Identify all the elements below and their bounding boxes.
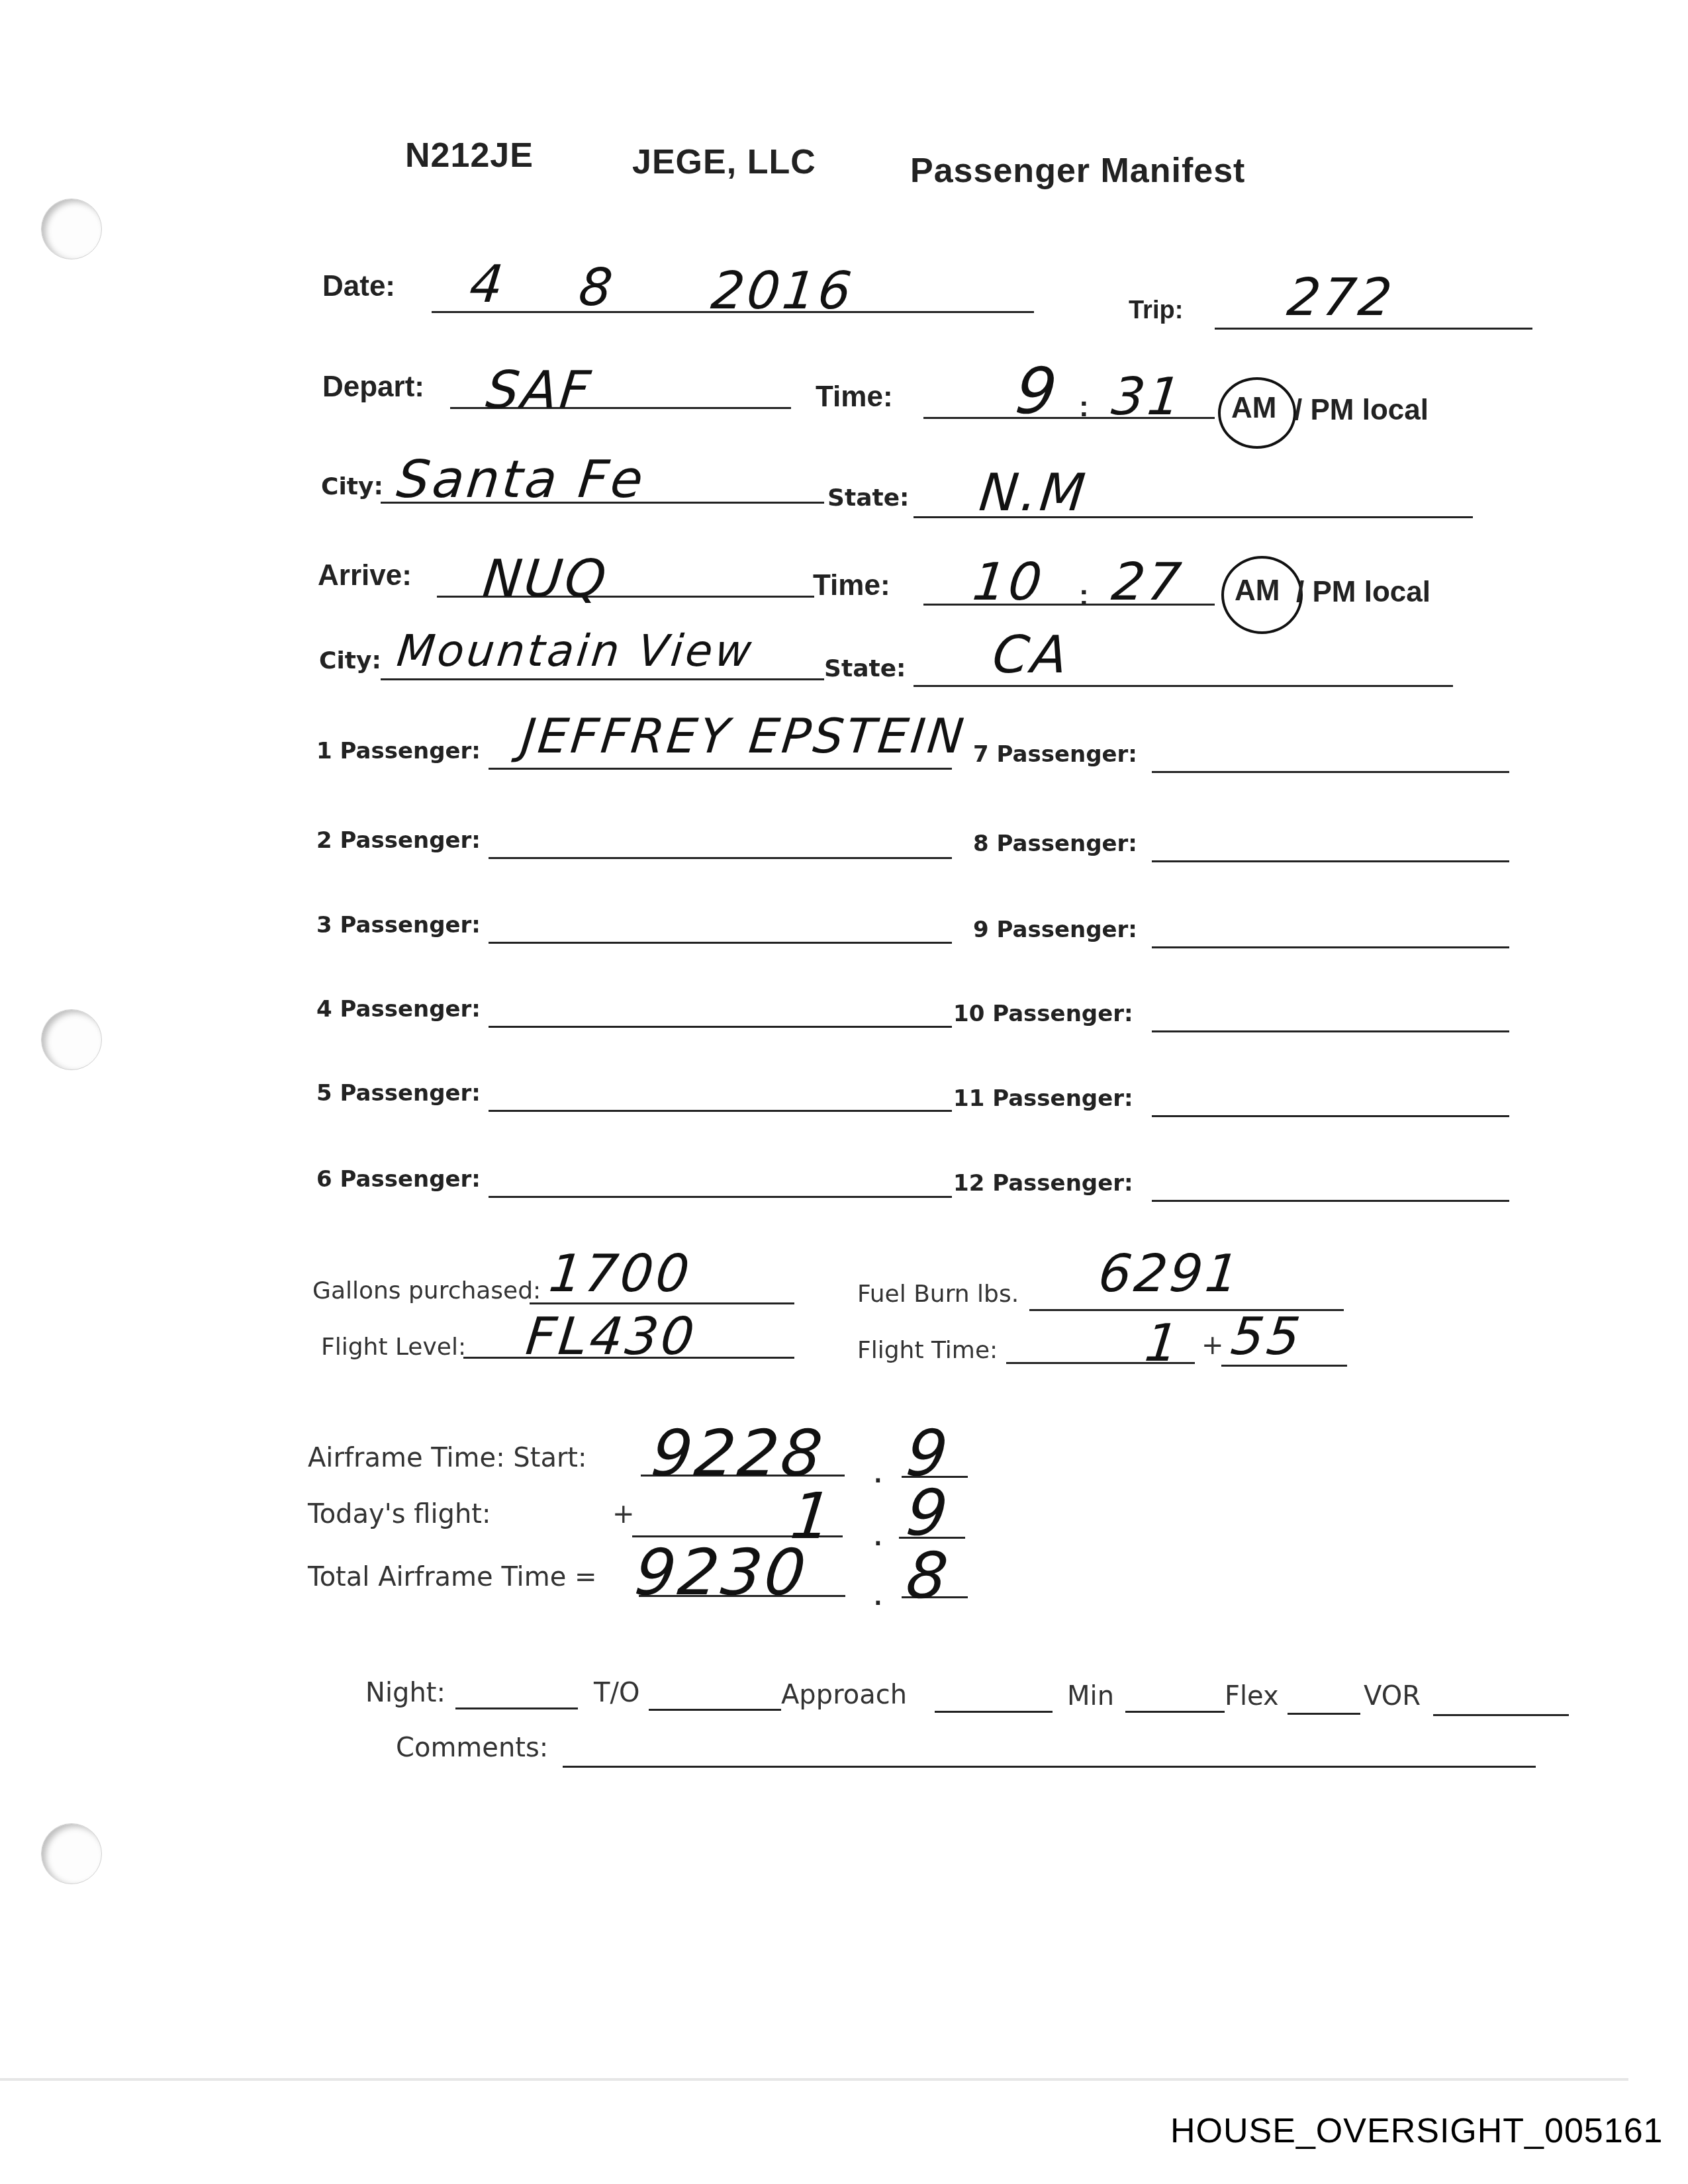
passenger-label: 6 Passenger: xyxy=(316,1166,481,1193)
passenger-underline xyxy=(1152,771,1509,773)
gallons-label: Gallons purchased: xyxy=(312,1277,541,1304)
depart-airport-value[interactable]: SAF xyxy=(483,361,595,420)
flight-time-label: Flight Time: xyxy=(857,1337,998,1364)
depart-label: Depart: xyxy=(322,371,424,404)
passenger-label: 1 Passenger: xyxy=(316,738,481,764)
punch-hole-top xyxy=(41,199,102,259)
depart-state-label: State: xyxy=(827,484,909,512)
arrive-pm-option[interactable]: / PM local xyxy=(1296,576,1430,609)
date-day-value[interactable]: 8 xyxy=(576,258,618,318)
decimal-point: . xyxy=(872,1446,884,1492)
min-label: Min xyxy=(1067,1681,1114,1711)
depart-minute-value[interactable]: 31 xyxy=(1109,367,1186,427)
depart-state-value[interactable]: N.M xyxy=(976,463,1090,523)
passenger-underline xyxy=(489,1110,952,1112)
trip-label: Trip: xyxy=(1129,296,1183,325)
arrive-am-option[interactable]: AM xyxy=(1235,574,1280,608)
passenger-underline xyxy=(489,857,952,859)
passenger-label: 4 Passenger: xyxy=(316,996,481,1023)
airframe-start-label: Airframe Time: Start: xyxy=(308,1443,587,1473)
passenger-label: 9 Passenger: xyxy=(973,917,1137,943)
todays-flight-label: Today's flight: xyxy=(308,1499,491,1529)
bates-number: HOUSE_OVERSIGHT_005161 xyxy=(1170,2111,1664,2151)
passenger-underline xyxy=(1152,1030,1509,1032)
flight-level-label: Flight Level: xyxy=(321,1334,466,1361)
depart-time-label: Time: xyxy=(816,381,893,414)
passenger-underline xyxy=(1152,1115,1509,1117)
fuel-burn-label: Fuel Burn lbs. xyxy=(857,1281,1019,1308)
passenger-label: 10 Passenger: xyxy=(953,1001,1133,1027)
to-label: T/O xyxy=(594,1678,639,1708)
passenger-label: 8 Passenger: xyxy=(973,831,1137,857)
plus-sign: + xyxy=(612,1499,635,1529)
depart-hour-value[interactable]: 9 xyxy=(1012,354,1063,428)
passenger-label: 5 Passenger: xyxy=(316,1080,481,1107)
arrive-hour-value[interactable]: 10 xyxy=(970,553,1047,612)
gallons-value[interactable]: 1700 xyxy=(546,1244,694,1304)
passenger-label: 2 Passenger: xyxy=(316,827,481,854)
date-year-value[interactable]: 2016 xyxy=(708,261,857,321)
approach-label: Approach xyxy=(781,1680,907,1710)
depart-am-option[interactable]: AM xyxy=(1231,392,1276,425)
flight-time-minutes-value[interactable]: 55 xyxy=(1228,1307,1305,1367)
arrive-city-label: City: xyxy=(319,647,381,674)
trip-number-value[interactable]: 272 xyxy=(1284,268,1397,328)
total-airframe-label: Total Airframe Time = xyxy=(308,1562,597,1592)
depart-city-value[interactable]: Santa Fe xyxy=(394,450,648,510)
decimal-point: . xyxy=(872,1569,884,1614)
flight-time-hours-value[interactable]: 1 xyxy=(1142,1314,1184,1373)
passenger-underline xyxy=(489,768,952,770)
arrive-airport-value[interactable]: NUQ xyxy=(480,549,611,609)
passenger-label: 7 Passenger: xyxy=(973,741,1137,768)
passenger-underline xyxy=(489,1026,952,1028)
arrive-city-value[interactable]: Mountain View xyxy=(395,625,757,676)
arrive-time-label: Time: xyxy=(813,569,890,602)
passenger-underline xyxy=(1152,1200,1509,1202)
punch-hole-bottom xyxy=(41,1823,102,1884)
page-edge xyxy=(0,2078,1628,2081)
form-title: Passenger Manifest xyxy=(910,151,1245,191)
date-month-value[interactable]: 4 xyxy=(467,255,508,314)
arrive-label: Arrive: xyxy=(318,559,412,592)
night-label: Night: xyxy=(365,1678,445,1708)
fuel-burn-value[interactable]: 6291 xyxy=(1096,1244,1244,1304)
date-label: Date: xyxy=(322,270,395,303)
passenger-underline xyxy=(489,1196,952,1198)
vor-label: VOR xyxy=(1364,1681,1421,1711)
time-colon: : xyxy=(1079,579,1089,612)
time-colon: : xyxy=(1079,390,1089,424)
depart-pm-option[interactable]: / PM local xyxy=(1294,394,1429,427)
passenger-name-field[interactable]: JEFFREY EPSTEIN xyxy=(519,708,969,764)
flight-level-value[interactable]: FL430 xyxy=(523,1307,700,1367)
passenger-underline xyxy=(1152,860,1509,862)
passenger-label: 11 Passenger: xyxy=(953,1085,1133,1112)
passenger-label: 12 Passenger: xyxy=(953,1170,1133,1197)
arrive-state-value[interactable]: CA xyxy=(990,625,1072,685)
passenger-label: 3 Passenger: xyxy=(316,912,481,938)
passenger-underline xyxy=(1152,946,1509,948)
comments-label: Comments: xyxy=(396,1733,548,1763)
flex-label: Flex xyxy=(1225,1681,1279,1711)
tail-number: N212JE xyxy=(405,136,534,175)
total-airframe-tenth-value[interactable]: 8 xyxy=(903,1539,954,1613)
punch-hole-middle xyxy=(41,1009,102,1070)
total-airframe-whole-value[interactable]: 9230 xyxy=(632,1535,812,1610)
decimal-point: . xyxy=(872,1509,884,1555)
arrive-minute-value[interactable]: 27 xyxy=(1109,553,1186,612)
passenger-underline xyxy=(489,942,952,944)
depart-city-label: City: xyxy=(321,473,383,500)
flight-time-separator: + xyxy=(1201,1330,1224,1361)
company-name: JEGE, LLC xyxy=(632,142,816,182)
arrive-state-label: State: xyxy=(824,655,906,682)
